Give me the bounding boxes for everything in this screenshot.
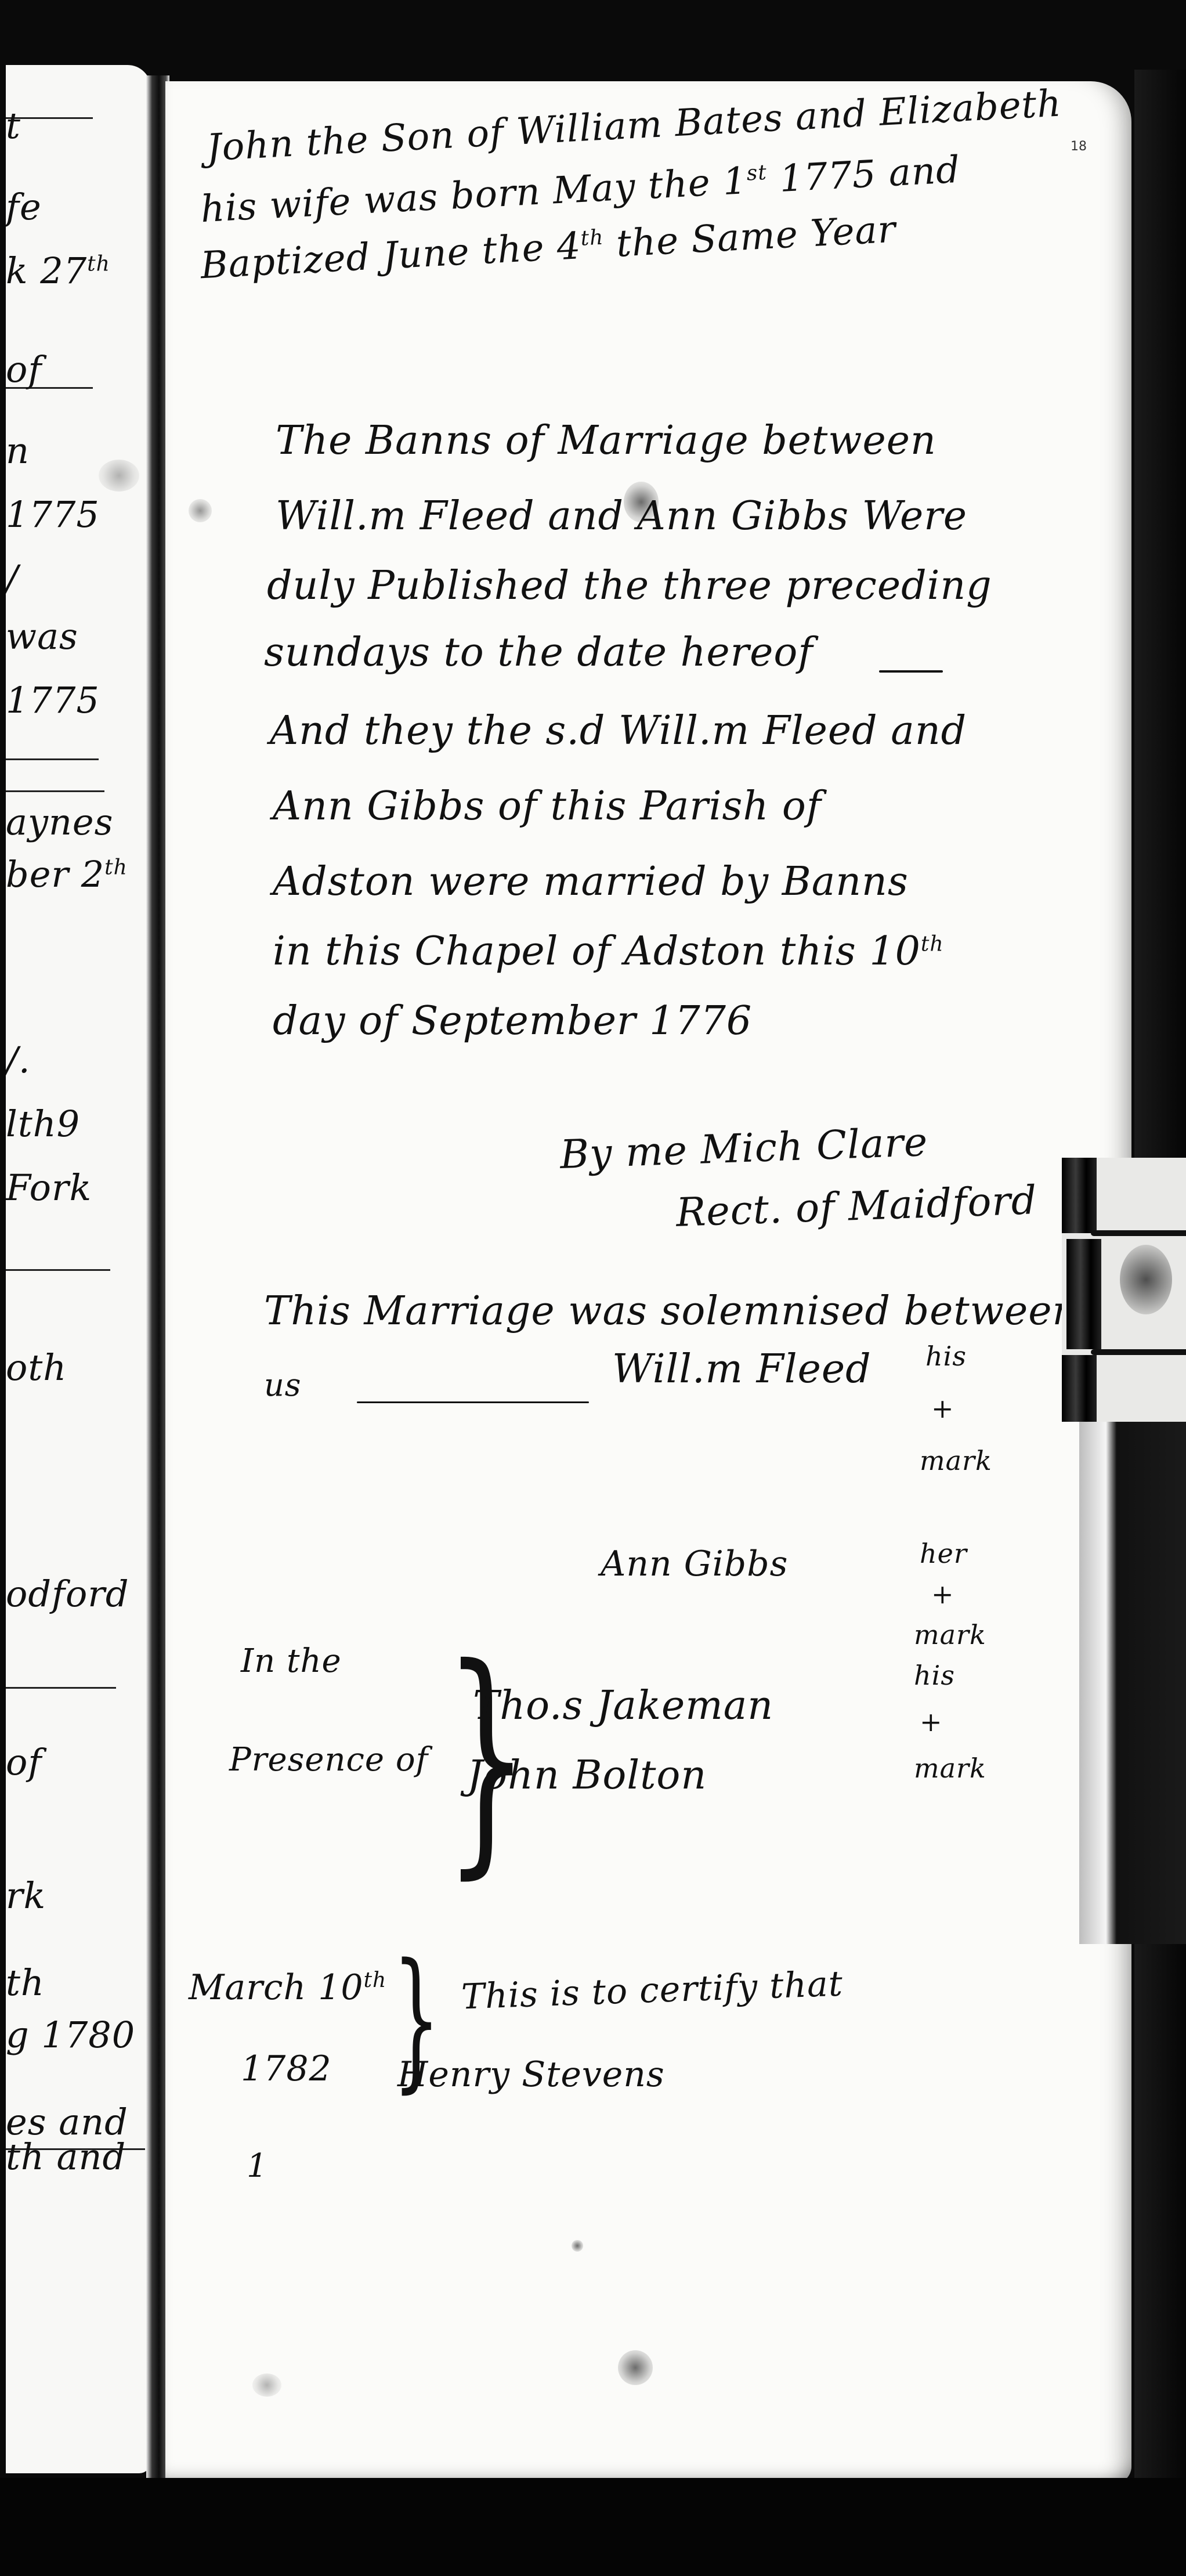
ruled-line: [6, 1687, 116, 1689]
left-page-fragment: rk: [6, 1874, 46, 1917]
certificate-date: March 10th: [189, 1967, 386, 2008]
ordinal-suffix: th: [104, 855, 128, 879]
smudge: [1120, 1245, 1172, 1314]
banns-line-8: in this Chapel of Adston this 10th: [273, 928, 944, 974]
banns-line-2: Will.m Fleed and Ann Gibbs Were: [276, 493, 967, 539]
certificate-text: This is to certify that: [461, 1964, 844, 2018]
background-surface: [0, 2478, 1186, 2576]
clip-bar: [1062, 1158, 1097, 1233]
witness-label-1: In the: [241, 1642, 342, 1680]
groom-signature: Will.m Fleed: [612, 1346, 872, 1392]
left-page-fragment: of: [6, 348, 42, 391]
baptized-day-suffix: th: [580, 226, 605, 251]
banns-line-7: Adston were married by Banns: [273, 859, 909, 905]
clip-wire: [1091, 1230, 1186, 1236]
left-page-fragment: t: [6, 104, 21, 147]
left-page-fragment: was: [6, 615, 78, 657]
certificate-name: Henry Stevens: [397, 2054, 665, 2095]
mark-label-his: his: [914, 1660, 955, 1691]
ink-stain: [189, 499, 212, 522]
officiant-title: Rect. of Maidford: [675, 1177, 1038, 1236]
certificate-year: 1782: [241, 2048, 332, 2089]
cross-mark: +: [920, 1706, 943, 1737]
line-filler: [357, 1401, 589, 1403]
officiant-signature: By me Mich Clare: [559, 1119, 929, 1178]
mark-label: mark: [914, 1619, 986, 1650]
banns-line-9: day of September 1776: [273, 998, 752, 1044]
clip-shadow: [1079, 1422, 1186, 1944]
cross-mark: +: [931, 1578, 954, 1610]
cross-mark: +: [931, 1393, 954, 1424]
left-page-fragment: lth9: [6, 1103, 80, 1145]
line-filler: [879, 670, 943, 673]
born-day-suffix: st: [746, 161, 768, 186]
banns-line-1: The Banns of Marriage between: [276, 418, 936, 464]
banns-line-4: sundays to the date hereof: [264, 630, 813, 675]
left-page-fragment: fe: [6, 186, 42, 228]
baptized-text: Baptized June the 4: [200, 225, 582, 287]
ordinal-suffix: th: [87, 252, 110, 276]
bride-signature: Ann Gibbs: [601, 1544, 788, 1584]
banns-line-3: duly Published the three preceding: [267, 563, 992, 609]
ink-stain: [99, 460, 139, 492]
left-page-fragment: n: [6, 429, 30, 472]
left-page-fragment: of: [6, 1741, 42, 1783]
witness-label-2: Presence of: [229, 1741, 428, 1779]
left-page-fragment: th and: [6, 2136, 126, 2178]
mark-label: mark: [914, 1753, 986, 1784]
footer-mark: 1: [247, 2147, 268, 2185]
solemnized-line: This Marriage was solemnised between: [264, 1288, 1078, 1334]
mark-label-her: her: [920, 1538, 967, 1569]
left-page-fragment: odford: [6, 1573, 129, 1615]
left-page-fragment: ber 2th: [6, 853, 128, 895]
left-page-fragment: Fork: [6, 1166, 92, 1209]
ink-stain: [618, 2350, 653, 2385]
ruled-line: [6, 790, 104, 792]
left-page-fragment: oth: [6, 1346, 67, 1389]
page-number-mark: 18: [1071, 139, 1087, 154]
left-page-fragment: aynes: [6, 801, 113, 843]
left-page-fragment: /.: [6, 1039, 31, 1081]
clip-bar: [1062, 1355, 1097, 1422]
banns-line-6: Ann Gibbs of this Parish of: [273, 783, 822, 829]
mark-label-his: his: [925, 1341, 967, 1372]
left-page-fragment: k 27th: [6, 250, 110, 292]
ink-stain: [572, 2240, 583, 2252]
left-page-fragment: /: [6, 557, 19, 599]
witness-1-signature: Tho.s Jakeman: [473, 1683, 773, 1729]
banns-line-4-text: sundays to the date hereof: [264, 630, 813, 675]
banns-line-8-text: in this Chapel of Adston this 10: [273, 928, 921, 974]
born-year: 1775 and: [779, 149, 961, 201]
us-label: us: [264, 1367, 302, 1403]
binding-clip: [1062, 1158, 1186, 1422]
same-year-text: the Same Year: [615, 208, 897, 266]
certificate-date-text: March 10: [189, 1967, 364, 2008]
mark-label: mark: [920, 1445, 992, 1476]
left-page-fragment: 1775: [6, 679, 100, 721]
clip-wire: [1091, 1349, 1186, 1355]
ink-stain: [252, 2373, 281, 2397]
banns-line-5: And they the s.d Will.m Fleed and: [270, 708, 967, 754]
left-page-fragment: th: [6, 1961, 45, 2004]
banns-day-suffix: th: [921, 932, 944, 956]
certificate-date-suffix: th: [364, 1968, 387, 1992]
ruled-line: [6, 758, 99, 760]
left-facing-page: tfek 27thofn1775/was1775aynesber 2th/.lt…: [6, 65, 151, 2473]
left-page-fragment: g 1780: [6, 2014, 135, 2056]
left-page-fragment: 1775: [6, 493, 100, 536]
ruled-line: [6, 1269, 110, 1271]
clip-bar: [1066, 1239, 1101, 1349]
register-page: 18 John the Son of William Bates and Eli…: [165, 81, 1131, 2484]
witness-2-signature: John Bolton: [467, 1753, 707, 1798]
